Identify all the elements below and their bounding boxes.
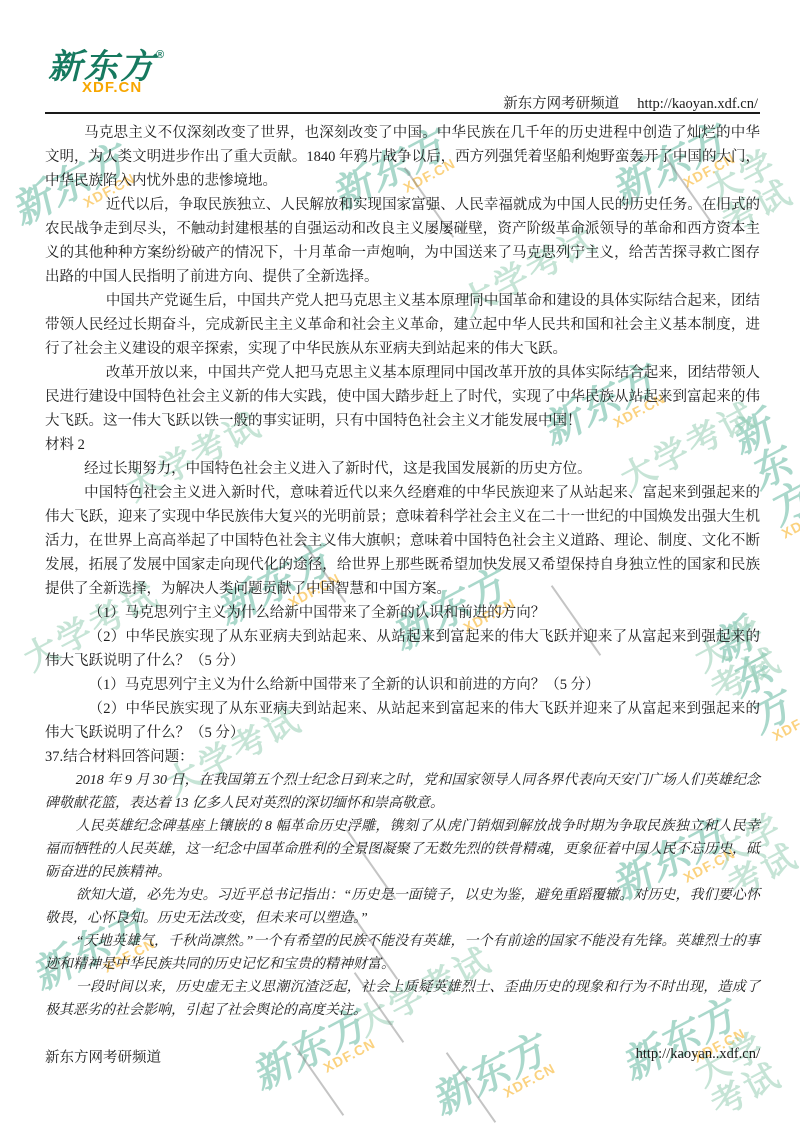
material-xi-quote: 欲知大道，必先为史。习近平总书记指出：“历史是一面镜子，以史为鉴，避免重蹈覆辙。… [45,884,760,930]
registered-mark-icon: ® [156,49,166,61]
paragraph-new-era-meaning: 中国特色社会主义进入新时代，意味着近代以来久经磨难的中华民族迎来了从站起来、富起… [45,481,760,601]
document-page: 新东方XDF.CN新东方XDF.CN新东方XDF.CN新东方XDF.CN新东方X… [0,0,800,1131]
question-1-repeat: （1）马克思列宁主义为什么给新中国带来了全新的认识和前进的方向？（5 分） [45,673,760,697]
material-2-label: 材料 2 [45,433,760,457]
document-body: 马克思主义不仅深刻改变了世界，也深刻改变了中国。中华民族在几千年的历史进程中创造… [45,121,760,1022]
footer-url: http://kaoyan..xdf.cn/ [636,1046,760,1063]
question-1-first: （1）马克思列宁主义为什么给新中国带来了全新的认识和前进的方向？ [45,601,760,625]
header-channel-line: 新东方网考研频道http://kaoyan.xdf.cn/ [503,92,758,113]
question-37-heading: 37.结合材料回答问题： [45,745,760,769]
paragraph-modern-times: 近代以后，争取民族独立、人民解放和实现国家富强、人民幸福就成为中国人民的历史任务… [45,193,760,289]
question-2-repeat: （2）中华民族实现了从东亚病夫到站起来、从站起来到富起来的伟大飞跃并迎来了从富起… [45,697,760,745]
question-2-first: （2）中华民族实现了从东亚病夫到站起来、从站起来到富起来的伟大飞跃并迎来了从富起… [45,625,760,673]
material-martyrs-day: 2018 年 9 月 30 日，在我国第五个烈士纪念日到来之时，党和国家领导人同… [45,769,760,815]
header-divider [45,112,760,114]
header-url: http://kaoyan.xdf.cn/ [637,96,758,112]
paragraph-new-era-intro: 经过长期努力，中国特色社会主义进入了新时代，这是我国发展新的历史方位。 [45,457,760,481]
paragraph-ccp-founding: 中国共产党诞生后，中国共产党人把马克思主义基本原理同中国革命和建设的具体实际结合… [45,289,760,361]
paragraph-reform-opening: 改革开放以来，中国共产党人把马克思主义基本原理同中国改革开放的具体实际结合起来，… [45,361,760,433]
footer-channel-label: 新东方网考研频道 [45,1046,161,1067]
slash-watermark [446,1052,496,1123]
brand-watermark: 新东方XDF.CN [425,1029,557,1131]
material-historical-nihilism: 一段时间以来，历史虚无主义思潮沉渣泛起，社会上质疑英雄烈士、歪曲历史的现象和行为… [45,976,760,1022]
material-monument-reliefs: 人民英雄纪念碑基座上镶嵌的 8 幅革命历史浮雕，镌刻了从虎门销烟到解放战争时期为… [45,815,760,884]
slash-watermark [294,1045,344,1116]
paragraph-marxism-intro: 马克思主义不仅深刻改变了世界，也深刻改变了中国。中华民族在几千年的历史进程中创造… [45,121,760,193]
material-heroes-spirit: “天地英雄气，千秋尚凛然。”一个有希望的民族不能没有英雄，一个有前途的国家不能没… [45,930,760,976]
header-channel-label: 新东方网考研频道 [503,96,619,112]
xdf-logo: 新东方® XDF.CN [48,50,166,95]
exam-watermark: 大学考试 [690,1016,800,1123]
